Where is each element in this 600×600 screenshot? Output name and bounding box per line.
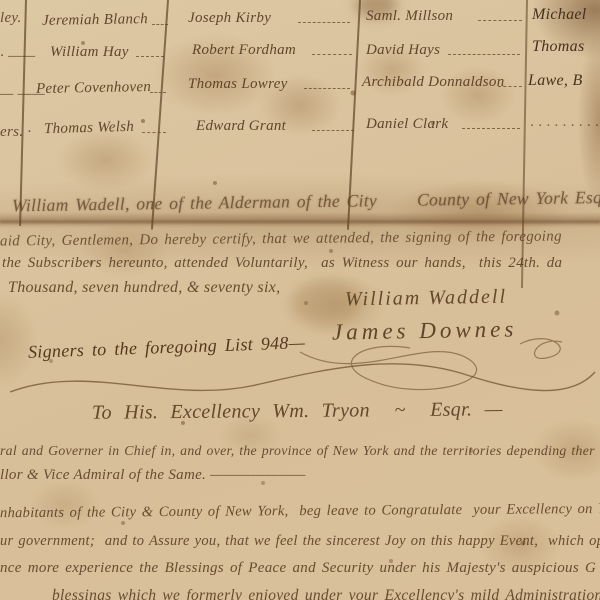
dash-leader [462, 128, 520, 129]
column-divider [19, 0, 26, 226]
signer-name: Michael [532, 6, 587, 24]
congratulation-line-1: nhabitants of the City & County of New Y… [0, 502, 600, 522]
signer-name-fragment: ley. [0, 10, 22, 27]
signer-name: Peter Covenhoven [36, 79, 151, 98]
dash-leader [142, 132, 166, 133]
signer-name: Lawe, B [528, 72, 583, 90]
signer-name: David Hays [366, 42, 440, 59]
address-salutation: To His. Excellency Wm. Tryon ~ Esqr. — [92, 398, 503, 424]
signer-name: Edward Grant [196, 118, 286, 135]
dash-leader [312, 54, 352, 55]
fold-crease-line [0, 221, 600, 223]
dash-leader [152, 24, 168, 25]
signer-name: Robert Fordham [192, 42, 296, 59]
signer-name: Thomas Lowrey [188, 76, 288, 93]
signature-william-waddell: William Waddell [345, 286, 507, 311]
signer-name: Saml. Millson [366, 8, 453, 25]
signer-name: William Hay [50, 44, 129, 61]
congratulation-line-4: blessings which we formerly enjoyed unde… [52, 587, 600, 600]
dash-leader [304, 88, 350, 89]
address-line-2: llor & Vice Admiral of the Same. ——————— [0, 467, 306, 484]
signer-name-fragment: · —— [0, 48, 35, 65]
manuscript-page: ley. Jeremiah Blanch Joseph Kirby Saml. … [0, 0, 600, 600]
signer-name: Joseph Kirby [188, 10, 271, 27]
dash-leader [498, 86, 522, 87]
congratulation-line-2: ur government; and to Assure you, that w… [0, 534, 600, 550]
paper-speckles [0, 0, 2, 2]
signer-name: Jeremiah Blanch [42, 11, 148, 29]
dash-leader [448, 54, 520, 55]
address-line-1: ral and Governer in Chief in, and over, … [0, 443, 595, 458]
dash-leader [478, 20, 522, 21]
dash-leader [298, 22, 350, 23]
certification-line-4: Thousand, seven hundred, & seventy six, [8, 279, 280, 297]
certification-line-3: the Subscribers hereunto, attended Volun… [2, 255, 562, 272]
dash-leader [312, 130, 354, 131]
signer-name-fragment: ers. · [0, 124, 31, 141]
signer-name: Daniel Clark [366, 116, 448, 133]
dotted-empty-cell: · · · · · · · · · [530, 118, 599, 135]
dash-leader [150, 92, 166, 93]
certification-line-2: aid City, Gentlemen, Do hereby certify, … [0, 229, 562, 250]
signer-name: Thomas [532, 38, 584, 56]
signer-name: Archibald Donnaldson [362, 74, 505, 91]
dash-leader [136, 56, 164, 57]
signer-name: Thomas Welsh [44, 119, 135, 138]
congratulation-line-3: nce more experience the Blessings of Pea… [0, 560, 596, 577]
